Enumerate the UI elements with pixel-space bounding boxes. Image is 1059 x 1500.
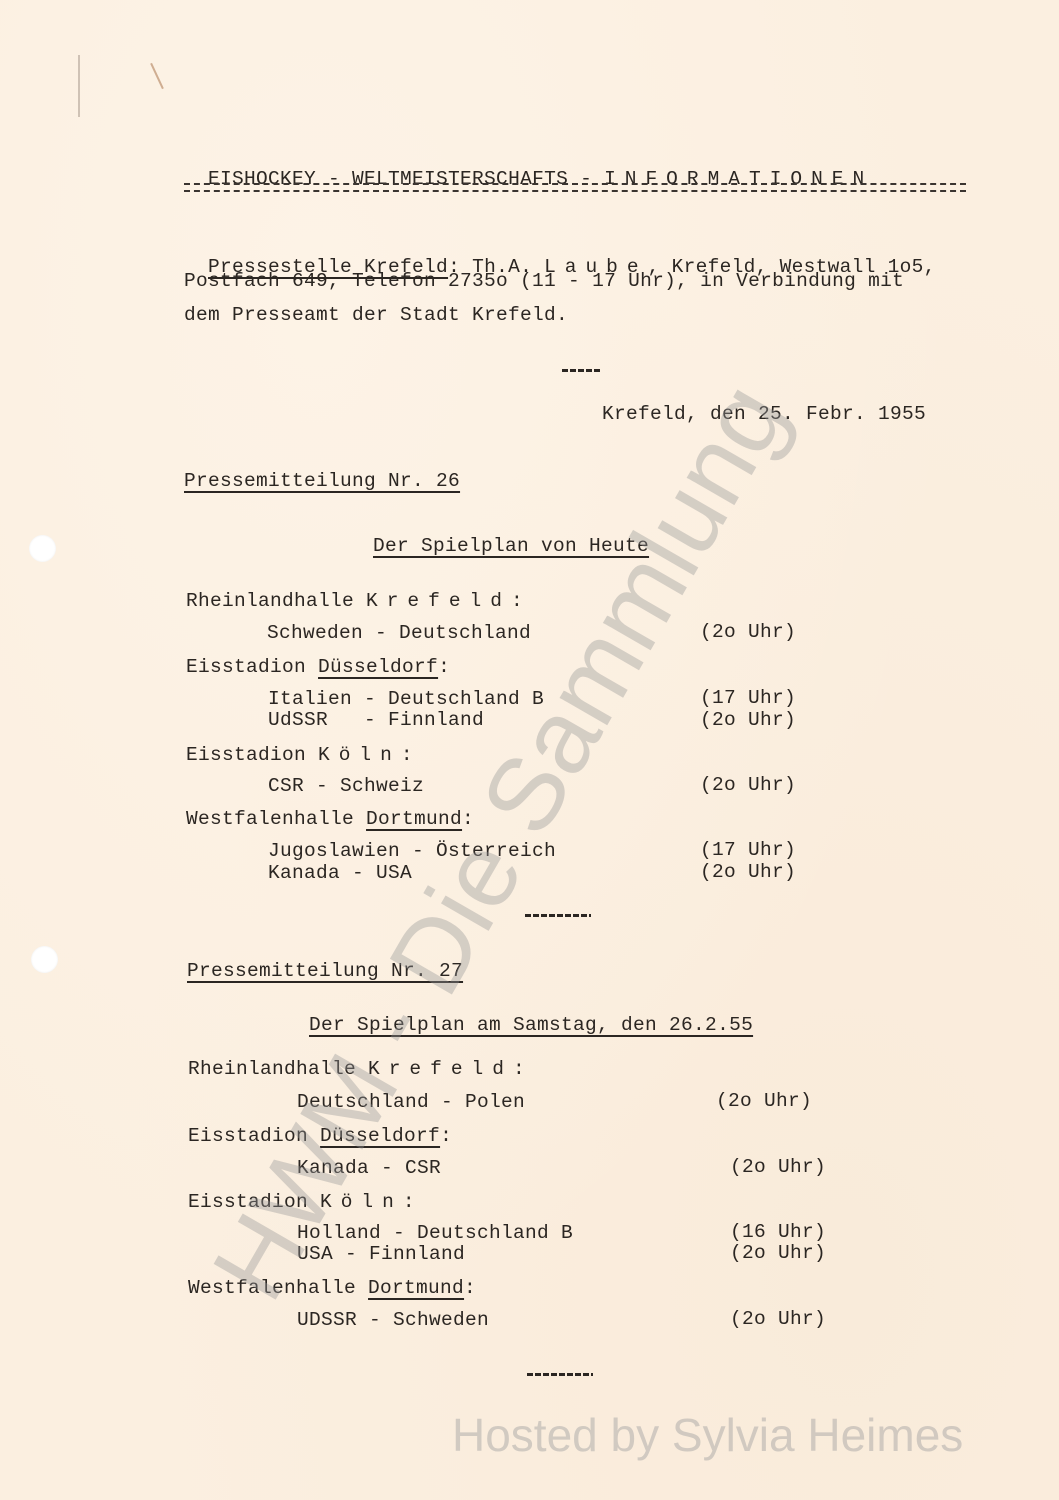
game-time: (17 Uhr) [700, 841, 796, 861]
punch-hole-top [29, 535, 56, 562]
game-time: (16 Uhr) [730, 1223, 826, 1243]
game-time: (2o Uhr) [700, 711, 796, 731]
separator-short [562, 369, 601, 372]
game-match: Italien - Deutschland B [268, 690, 544, 710]
game-match: UDSSR - Schweden [297, 1311, 489, 1331]
game-time: (2o Uhr) [700, 623, 796, 643]
venue-duesseldorf: Eisstadion Düsseldorf: [186, 658, 450, 678]
game-match: Kanada - CSR [297, 1159, 441, 1179]
game-time: (2o Uhr) [716, 1092, 812, 1112]
game-time: (2o Uhr) [700, 863, 796, 883]
game-match: Jugoslawien - Österreich [268, 842, 556, 862]
venue-dortmund: Westfalenhalle Dortmund: [188, 1279, 476, 1299]
double-rule [184, 183, 966, 192]
game-time: (2o Uhr) [730, 1158, 826, 1178]
game-match: Schweden - Deutschland [267, 624, 531, 644]
game-match: UdSSR - Finnland [268, 711, 484, 731]
game-time: (17 Uhr) [700, 689, 796, 709]
game-time: (2o Uhr) [730, 1310, 826, 1330]
game-match: Holland - Deutschland B [297, 1224, 573, 1244]
release-title-26: Pressemitteilung Nr. 26 [184, 472, 460, 492]
paper-background [0, 0, 1059, 1500]
press-office-line-3: dem Presseamt der Stadt Krefeld. [184, 306, 568, 326]
venue-dortmund: Westfalenhalle Dortmund: [186, 810, 474, 830]
release-subtitle-26: Der Spielplan von Heute [373, 537, 649, 557]
separator-section-2 [527, 1373, 593, 1376]
game-match: USA - Finnland [297, 1245, 465, 1265]
venue-krefeld: Rheinlandhalle Krefeld: [186, 592, 523, 612]
release-title-27: Pressemitteilung Nr. 27 [187, 962, 463, 982]
margin-mark [78, 55, 80, 117]
punch-hole-bottom [31, 946, 58, 973]
game-time: (2o Uhr) [700, 776, 796, 796]
venue-krefeld: Rheinlandhalle Krefeld: [188, 1060, 525, 1080]
press-office-line-2: Postfach 649, Telefon 2735o (11 - 17 Uhr… [184, 272, 904, 292]
game-match: Deutschland - Polen [297, 1093, 525, 1113]
separator-section-1 [525, 914, 591, 917]
venue-koeln: Eisstadion Köln: [186, 746, 413, 766]
date-line: Krefeld, den 25. Febr. 1955 [602, 405, 926, 425]
venue-duesseldorf: Eisstadion Düsseldorf: [188, 1127, 452, 1147]
game-time: (2o Uhr) [730, 1244, 826, 1264]
hosted-by-watermark: Hosted by Sylvia Heimes [452, 1408, 963, 1462]
game-match: CSR - Schweiz [268, 777, 424, 797]
venue-koeln: Eisstadion Köln: [188, 1193, 415, 1213]
game-match: Kanada - USA [268, 864, 412, 884]
release-subtitle-27: Der Spielplan am Samstag, den 26.2.55 [309, 1016, 753, 1036]
